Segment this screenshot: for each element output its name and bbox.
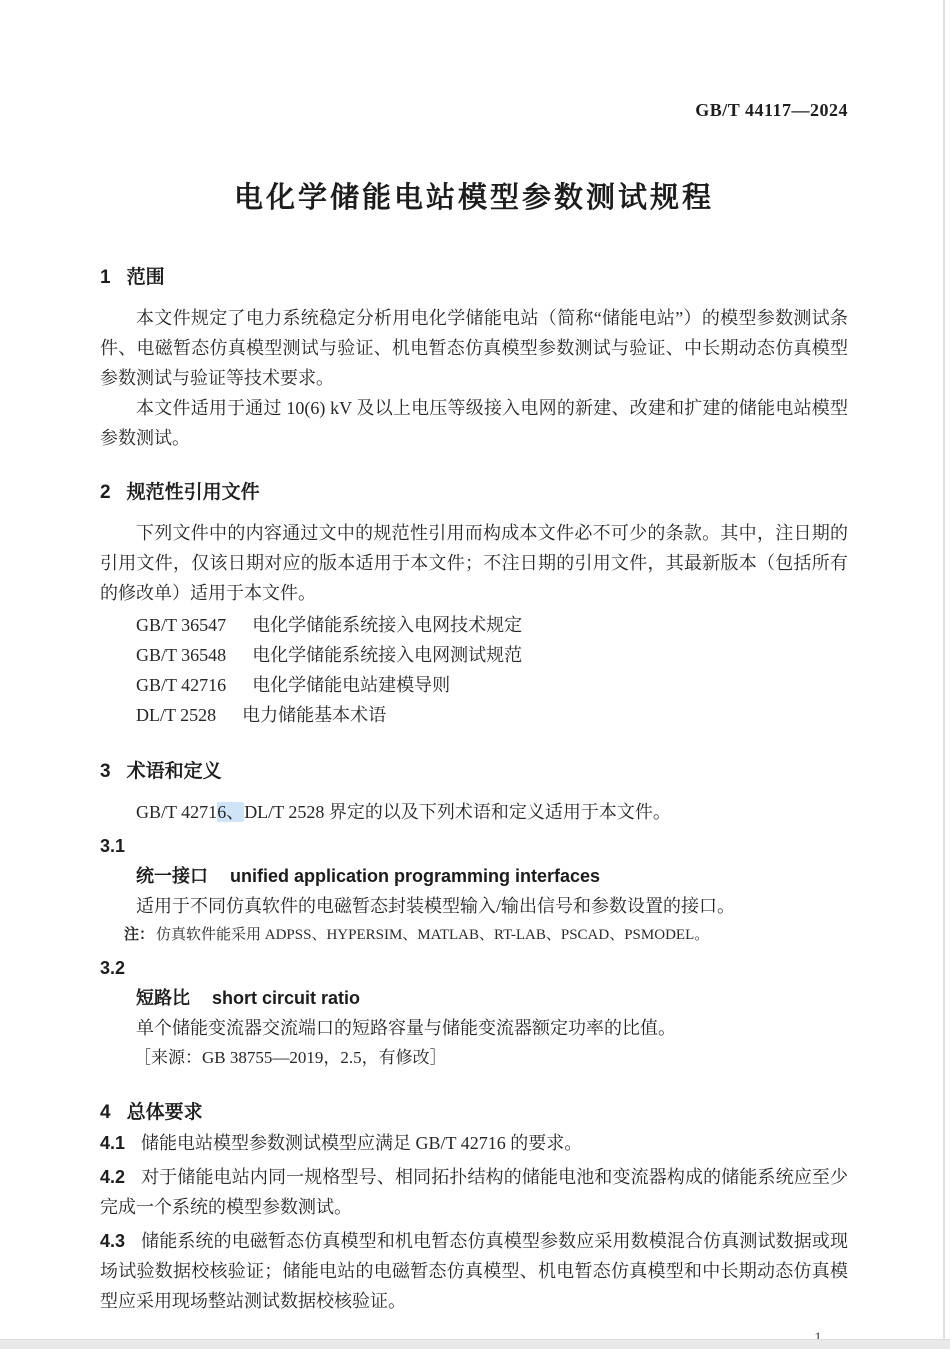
- reference-title: 电力储能基本术语: [242, 705, 386, 725]
- reference-item: DL/T 2528电力储能基本术语: [100, 700, 848, 730]
- text-selection-highlight: 6、: [217, 802, 244, 822]
- section-heading-terms: 3术语和定义: [100, 756, 848, 783]
- clause-text: 储能系统的电磁暂态仿真模型和机电暂态仿真模型参数应采用数模混合仿真测试数据或现场…: [100, 1231, 848, 1311]
- references-intro: 下列文件中的内容通过文中的规范性引用而构成本文件必不可少的条款。其中，注日期的引…: [100, 518, 848, 608]
- term-number-3-2: 3.2: [100, 953, 848, 983]
- section-title: 术语和定义: [127, 761, 222, 782]
- reference-code: DL/T 2528: [136, 700, 216, 730]
- scope-paragraph-1: 本文件规定了电力系统稳定分析用电化学储能电站（简称“储能电站”）的模型参数测试条…: [100, 303, 848, 393]
- clause-number: 4.2: [100, 1162, 125, 1192]
- section-heading-scope: 1范围: [100, 262, 848, 289]
- page-edge-right: [943, 0, 945, 1349]
- terms-intro: GB/T 42716、DL/T 2528 界定的以及下列术语和定义适用于本文件。: [100, 797, 848, 827]
- section-title: 总体要求: [127, 1102, 203, 1123]
- term-number-3-1: 3.1: [100, 831, 848, 861]
- section-number: 1: [100, 267, 111, 289]
- term-entry-3-2: 短路比short circuit ratio: [100, 983, 848, 1013]
- term-en: short circuit ratio: [212, 988, 360, 1008]
- reference-code: GB/T 36548: [136, 640, 226, 670]
- reference-item: GB/T 42716电化学储能电站建模导则: [100, 670, 848, 700]
- section-title: 规范性引用文件: [127, 482, 260, 503]
- term-note-3-1: 注：仿真软件能采用 ADPSS、HYPERSIM、MATLAB、RT-LAB、P…: [100, 921, 848, 949]
- reference-title: 电化学储能系统接入电网技术规定: [252, 615, 522, 635]
- clause-number: 4.1: [100, 1128, 125, 1158]
- section-number: 4: [100, 1102, 111, 1124]
- term-definition-3-2: 单个储能变流器交流端口的短路容量与储能变流器额定功率的比值。: [100, 1013, 848, 1043]
- section-number: 2: [100, 482, 111, 504]
- section-heading-general: 4总体要求: [100, 1097, 848, 1124]
- document-title: 电化学储能电站模型参数测试规程: [100, 175, 848, 216]
- section-heading-references: 2规范性引用文件: [100, 477, 848, 504]
- page-content: GB/T 44117—2024 电化学储能电站模型参数测试规程 1范围 本文件规…: [100, 0, 848, 1348]
- term-definition-3-1: 适用于不同仿真软件的电磁暂态封装模型输入/输出信号和参数设置的接口。: [100, 891, 848, 921]
- clause-number: 4.3: [100, 1226, 125, 1256]
- section-title: 范围: [127, 267, 165, 288]
- clause-text: 储能电站模型参数测试模型应满足 GB/T 42716 的要求。: [141, 1133, 582, 1153]
- term-source-3-2: ［来源：GB 38755—2019，2.5，有修改］: [100, 1043, 848, 1073]
- terms-intro-text: DL/T 2528 界定的以及下列术语和定义适用于本文件。: [244, 802, 671, 822]
- term-zh: 短路比: [136, 988, 190, 1008]
- reference-code: GB/T 36547: [136, 610, 226, 640]
- reference-title: 电化学储能电站建模导则: [252, 675, 450, 695]
- section-number: 3: [100, 761, 111, 783]
- standard-number: GB/T 44117—2024: [100, 100, 848, 121]
- clause-4-2: 4.2对于储能电站内同一规格型号、相同拓扑结构的储能电池和变流器构成的储能系统应…: [100, 1162, 848, 1222]
- clause-4-1: 4.1储能电站模型参数测试模型应满足 GB/T 42716 的要求。: [100, 1128, 848, 1158]
- note-label: 注：: [124, 926, 154, 943]
- term-en: unified application programming interfac…: [230, 866, 600, 886]
- reference-item: GB/T 36547电化学储能系统接入电网技术规定: [100, 610, 848, 640]
- reference-code: GB/T 42716: [136, 670, 226, 700]
- page-edge-bottom: [0, 1339, 950, 1349]
- terms-intro-text: GB/T 4271: [136, 802, 217, 822]
- reference-title: 电化学储能系统接入电网测试规范: [252, 645, 522, 665]
- reference-item: GB/T 36548电化学储能系统接入电网测试规范: [100, 640, 848, 670]
- document-page: GB/T 44117—2024 电化学储能电站模型参数测试规程 1范围 本文件规…: [0, 0, 950, 1349]
- term-zh: 统一接口: [136, 866, 208, 886]
- term-entry-3-1: 统一接口unified application programming inte…: [100, 861, 848, 891]
- scope-paragraph-2: 本文件适用于通过 10(6) kV 及以上电压等级接入电网的新建、改建和扩建的储…: [100, 393, 848, 453]
- note-text: 仿真软件能采用 ADPSS、HYPERSIM、MATLAB、RT-LAB、PSC…: [156, 927, 709, 943]
- clause-text: 对于储能电站内同一规格型号、相同拓扑结构的储能电池和变流器构成的储能系统应至少完…: [100, 1167, 848, 1217]
- clause-4-3: 4.3储能系统的电磁暂态仿真模型和机电暂态仿真模型参数应采用数模混合仿真测试数据…: [100, 1226, 848, 1316]
- reference-list: GB/T 36547电化学储能系统接入电网技术规定 GB/T 36548电化学储…: [100, 610, 848, 730]
